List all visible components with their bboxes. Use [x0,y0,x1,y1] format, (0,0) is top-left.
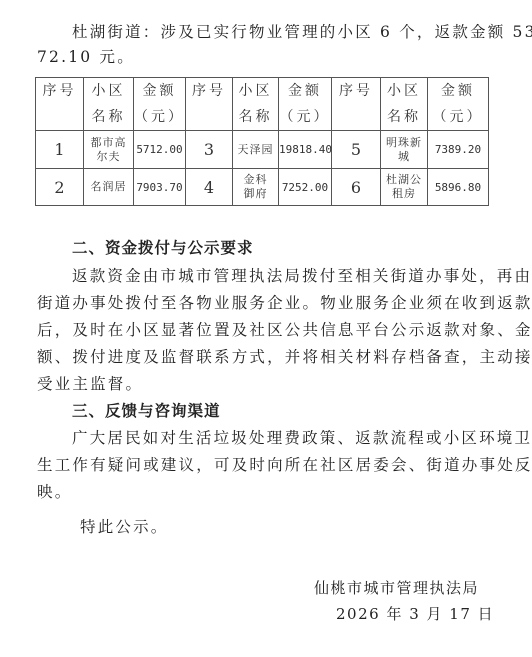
section-3-heading: 三、反馈与咨询渠道 [72,401,532,421]
intro-line-1: 杜湖街道：涉及已实行物业管理的小区 6 个，返款金额 539 [72,22,532,42]
section-3-line: 广大居民如对生活垃圾处理费政策、返款流程或小区环境卫 [72,428,532,448]
community-name-cell: 名润居 [84,169,134,206]
seq-cell: 4 [186,169,233,206]
amount-cell: 5896.80 [428,169,489,206]
table-header-row: 序号 小区名称 金额（元） 序号 小区名称 金额（元） 序号 小区名称 金额（元… [36,78,489,131]
community-name-cell: 明珠新城 [381,131,428,169]
section-2-heading: 二、资金拨付与公示要求 [72,238,532,258]
header-cell: 小区名称 [84,78,134,131]
amount-cell: 19818.40 [279,131,332,169]
seq-cell: 2 [36,169,84,206]
header-cell: 序号 [332,78,381,131]
community-name-cell: 天泽园 [233,131,279,169]
section-3-line: 生工作有疑问或建议，可及时向所在社区居委会、街道办事处反 [37,455,497,475]
seq-cell: 1 [36,131,84,169]
seq-cell: 5 [332,131,381,169]
header-cell: 小区名称 [233,78,279,131]
closing-text: 特此公示。 [80,517,532,537]
signature-date: 2026 年 3 月 17 日 [336,603,494,624]
community-name-cell: 金科御府 [233,169,279,206]
section-2-line: 受业主监督。 [37,374,497,394]
amount-cell: 7389.20 [428,131,489,169]
seq-cell: 6 [332,169,381,206]
header-cell: 小区名称 [381,78,428,131]
amount-cell: 7903.70 [134,169,186,206]
community-name-cell: 都市高尔夫 [84,131,134,169]
section-2-line: 街道办事处拨付至各物业服务企业。物业服务企业须在收到返款 [37,293,497,313]
section-2-line: 返款资金由市城市管理执法局拨付至相关街道办事处，再由 [72,266,532,286]
header-cell: 金额（元） [428,78,489,131]
amount-cell: 5712.00 [134,131,186,169]
signature-org: 仙桃市城市管理执法局 [314,577,479,598]
refund-table: 序号 小区名称 金额（元） 序号 小区名称 金额（元） 序号 小区名称 金额（元… [35,77,489,206]
community-name-cell: 杜湖公租房 [381,169,428,206]
header-cell: 金额（元） [279,78,332,131]
amount-cell: 7252.00 [279,169,332,206]
header-cell: 序号 [36,78,84,131]
header-cell: 金额（元） [134,78,186,131]
table-row: 1 都市高尔夫 5712.00 3 天泽园 19818.40 5 明珠新城 73… [36,131,489,169]
section-3-line: 映。 [37,482,497,502]
section-2-line: 额、拨付进度及监督联系方式，并将相关材料存档备查，主动接 [37,347,497,367]
intro-line-2: 72.10 元。 [37,47,497,67]
seq-cell: 3 [186,131,233,169]
table-row: 2 名润居 7903.70 4 金科御府 7252.00 6 杜湖公租房 589… [36,169,489,206]
section-2-line: 后，及时在小区显著位置及社区公共信息平台公示返款对象、金 [37,320,497,340]
header-cell: 序号 [186,78,233,131]
